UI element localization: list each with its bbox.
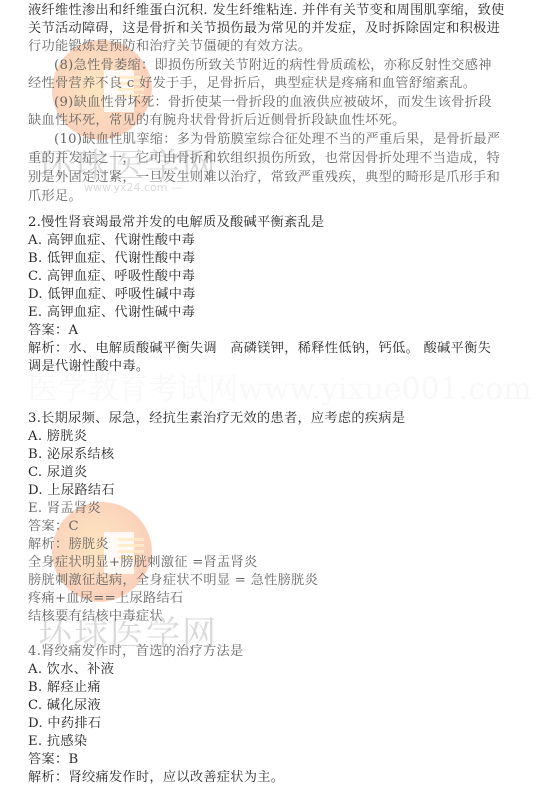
item-10-line: 爪形足。 — [28, 188, 82, 206]
option-b: B. 低钾血症、代谢性酸中毒 — [28, 250, 195, 268]
intro-line: 关节活动障碍，这是骨折和关节损伤最为常见的并发症，及时拆除固定和积极进 — [28, 20, 500, 38]
option-a: A. 高钾血症、代谢性酸中毒 — [28, 232, 195, 250]
question-stem: 2.慢性肾衰竭最常并发的电解质及酸碱平衡紊乱是 — [28, 214, 324, 232]
item-8-line: (8)急性骨萎缩：即损伤所致关节附近的病性骨质疏松，亦称反射性交感神 — [54, 57, 492, 75]
option-a: A. 膀胱炎 — [28, 428, 87, 446]
logo-bar — [118, 544, 144, 547]
analysis-line: 解析：膀胱炎 — [28, 536, 109, 554]
option-e: E. 抗感染 — [28, 733, 87, 751]
option-c: C. 碱化尿液 — [28, 697, 101, 715]
analysis-line: 膀胱刺激征起病，全身症状不明显 = 急性膀胱炎 — [28, 572, 318, 590]
option-e: E. 高钾血症、代谢性碱中毒 — [28, 304, 195, 322]
item-9-line: (9)缺血性骨坏死：骨折使某一骨折段的血液供应被破坏，而发生该骨折段 — [54, 94, 492, 112]
option-a: A. 饮水、补液 — [28, 661, 114, 679]
option-e: E. 肾盂肾炎 — [28, 500, 101, 518]
analysis-line: 全身症状明显+膀胱刺激征 =肾盂肾炎 — [28, 554, 258, 572]
logo-bar — [118, 538, 144, 541]
option-b: B. 泌尿系结核 — [28, 446, 114, 464]
option-c: C. 高钾血症、呼吸性酸中毒 — [28, 268, 195, 286]
intro-line: 液纤维性渗出和纤维蛋白沉积. 发生纤维粘连. 并伴有关节变和周围肌挛缩，致使 — [28, 2, 505, 20]
intro-line: 行功能锻炼是预防和治疗关节僵硬的有效方法。 — [28, 38, 311, 56]
analysis-line: 解析：水、电解质酸碱平衡失调 高磷镁钾，稀释性低钠，钙低。 酸碱平衡失 — [28, 340, 491, 358]
analysis-line: 解析：肾绞痛发作时，应以改善症状为主。 — [28, 769, 284, 787]
option-d: D. 低钾血症、呼吸性碱中毒 — [28, 286, 196, 304]
answer: 答案：C — [28, 518, 79, 536]
item-10-line: 别是外固定过紧，一旦发生则难以治疗，常致严重残疾，典型的畸形是爪形手和 — [28, 169, 500, 187]
item-8-line: 经性骨营养不良 c 好发于手，足骨折后，典型症状是疼痛和血管舒缩紊乱。 — [28, 75, 476, 93]
analysis-line: 疼痛+血尿==上尿路结石 — [28, 590, 183, 608]
item-10-line: 重的并发症之一，它可由骨折和软组织损伤所致，也常因骨折处理不当造成，特 — [28, 150, 500, 168]
answer: 答案：B — [28, 751, 78, 769]
question-stem: 4.肾绞痛发作时，首选的治疗方法是 — [28, 643, 244, 661]
item-10-line: (10)缺血性肌挛缩：多为骨筋膜室综合征处理不当的严重后果，是骨折最严 — [54, 131, 500, 149]
option-b: B. 解痉止痛 — [28, 679, 101, 697]
answer: 答案：A — [28, 322, 78, 340]
item-9-line: 缺血性坏死，常见的有腕舟状骨骨折后近侧骨折段缺血性坏死。 — [28, 112, 406, 130]
analysis-line: 调是代谢性酸中毒。 — [28, 358, 149, 376]
logo-bar — [118, 550, 144, 553]
question-stem: 3.长期尿频、尿急，经抗生素治疗无效的患者，应考虑的疾病是 — [28, 410, 405, 428]
option-c: C. 尿道炎 — [28, 464, 87, 482]
analysis-line: 结核要有结核中毒症状 — [28, 608, 163, 626]
option-d: D. 中药排石 — [28, 715, 101, 733]
option-d: D. 上尿路结石 — [28, 482, 115, 500]
